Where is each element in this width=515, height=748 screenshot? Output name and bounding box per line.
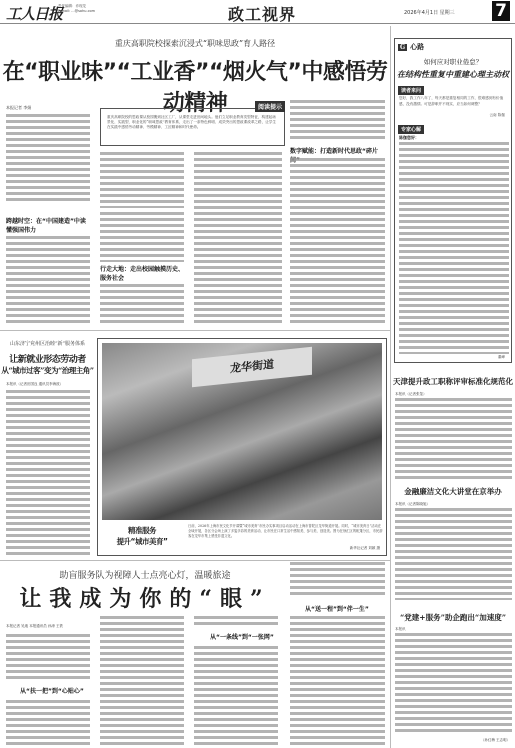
reader-sign: 云南 陈伽 <box>489 113 505 118</box>
news-byline-2: 本报讯（记者陈晓旭） <box>395 502 430 507</box>
lead-body-col1 <box>6 114 90 204</box>
photo-frame: 龙华街道 精准服务 提升“城市美育” 日前，2026年上海市民文化节开幕暨“城市… <box>97 338 387 556</box>
expert-label: 专家心解 <box>398 125 424 134</box>
banner: 龙华街道 <box>192 347 312 388</box>
news-headline-1: 天津提升政工职称评审标准化规范化 <box>392 376 514 387</box>
news-body-1 <box>395 398 512 480</box>
bottom-subhead-2: 从“一条线”到“一张网” <box>210 632 290 641</box>
bottom-headline: 让我成为你的“眼” <box>0 582 290 613</box>
column-headline: 在结构性重复中重建心理主动权 <box>395 69 511 80</box>
news-body-3 <box>395 633 512 735</box>
lead-body-col1b <box>6 236 90 324</box>
news-sign-3: （孙红梅 王志明） <box>481 738 510 743</box>
side-headline-2: 从“城市过客”变为“治理主角” <box>0 365 95 376</box>
event-photo: 龙华街道 <box>102 343 382 520</box>
expert-greeting: 陈伽您好： <box>399 135 419 141</box>
section-title: 政工视界 <box>228 2 296 25</box>
editor-info: 责任编辑：乔现龙 E-mail: ...@sohu.com <box>58 4 95 14</box>
reading-tip-box: 阅读提示 重庆高职院校的思政课从校园搬到社区工厂，从课堂走进田间地头。他们立足职… <box>100 108 285 146</box>
expert-answer <box>399 142 509 354</box>
reading-tip-label: 阅读提示 <box>255 101 285 112</box>
bottom-body-col1b <box>6 700 90 748</box>
side-body <box>6 390 90 555</box>
column-badge: G 心路 <box>398 42 424 52</box>
bottom-body-col1 <box>6 634 90 682</box>
reader-question: 您好，我工作八年了，每天都是重复相同的工作，很难感到有价值感，没有激情。可是辞职… <box>399 96 509 107</box>
column-divider <box>390 26 391 748</box>
news-headline-3: “党建+服务”助企跑出“加速度” <box>392 612 514 623</box>
news-headline-2: 金融廉洁文化大讲堂在京举办 <box>392 486 514 497</box>
lead-kicker: 重庆高职院校探索沉浸式“职味思政”育人路径 <box>0 38 390 49</box>
divider <box>0 560 390 561</box>
photo-credit: 新华社记者 刘颖 摄 <box>350 546 380 551</box>
lead-subhead-2: 行走大地：走出校园触摸历史、服务社会 <box>100 264 184 282</box>
side-headline-1: 让新就业形态劳动者 <box>0 352 95 365</box>
caption-title-1: 精准服务 <box>102 525 182 536</box>
banner-text: 龙华街道 <box>192 347 312 388</box>
psych-column: G 心路 如何应对职业倦怠？ 在结构性重复中重建心理主动权 读者来问 您好，我工… <box>394 38 512 363</box>
lead-body-col2c <box>100 284 184 326</box>
lead-byline: 本报记者 李娟 <box>6 105 31 111</box>
bottom-body-col4b <box>290 616 385 748</box>
caption-title-2: 提升“城市美育” <box>102 536 182 547</box>
lead-body-col3 <box>194 152 282 324</box>
side-byline: 本报讯（记者田国良 通讯员李海波） <box>6 382 90 387</box>
email-line: E-mail: ...@sohu.com <box>58 9 95 14</box>
reader-label: 读者来问 <box>398 86 424 95</box>
caption-text: 日前，2026年上海市民文化节开幕暨“城市美育”市民办实事项目启动活动在上海市普… <box>188 524 383 538</box>
bottom-body-col3b <box>194 646 278 748</box>
divider <box>0 330 390 331</box>
lead-body-col2 <box>100 152 184 208</box>
bottom-body-col4 <box>290 562 385 598</box>
news-byline-1: 本报讯（记者张玺） <box>395 392 427 397</box>
lead-body-col4 <box>290 100 385 140</box>
column-name: 心路 <box>410 42 424 52</box>
bottom-body-col2 <box>100 616 184 748</box>
news-byline-3: 本报讯 <box>395 627 406 632</box>
bottom-kicker: 助盲服务队为视障人士点亮心灯，温暖旅途 <box>0 568 290 581</box>
bottom-byline: 本报记者 吴迪 本报通讯员 孙涛 王铁 <box>6 624 63 629</box>
reading-tip-text: 重庆高职院校的思政课从校园搬到社区工厂，从课堂走进田间地头。他们立足职业教育类型… <box>107 115 278 131</box>
g-icon: G <box>398 44 407 51</box>
issue-date: 2026年4月1日 星期三 <box>404 9 455 16</box>
column-kicker: 如何应对职业倦怠？ <box>395 57 511 66</box>
bottom-subhead-1: 从“扶一把”到“心贴心” <box>20 686 90 695</box>
lead-body-col2b <box>100 212 184 262</box>
newspaper-logo: 工人日报 <box>6 3 62 24</box>
lead-body-col4b <box>290 158 385 326</box>
expert-sign: 董峰 <box>498 355 505 360</box>
side-kicker: 山东济宁兖州区治睦“新”服务体系 <box>0 340 95 347</box>
bottom-body-col3 <box>194 616 278 626</box>
lead-subhead-1: 跨越时空：在“中国建造”中读懂强国伟力 <box>6 216 90 234</box>
page-number: 7 <box>492 1 510 21</box>
news-body-2 <box>395 508 512 600</box>
bottom-subhead-3: 从“送一程”到“伴一生” <box>305 604 385 613</box>
